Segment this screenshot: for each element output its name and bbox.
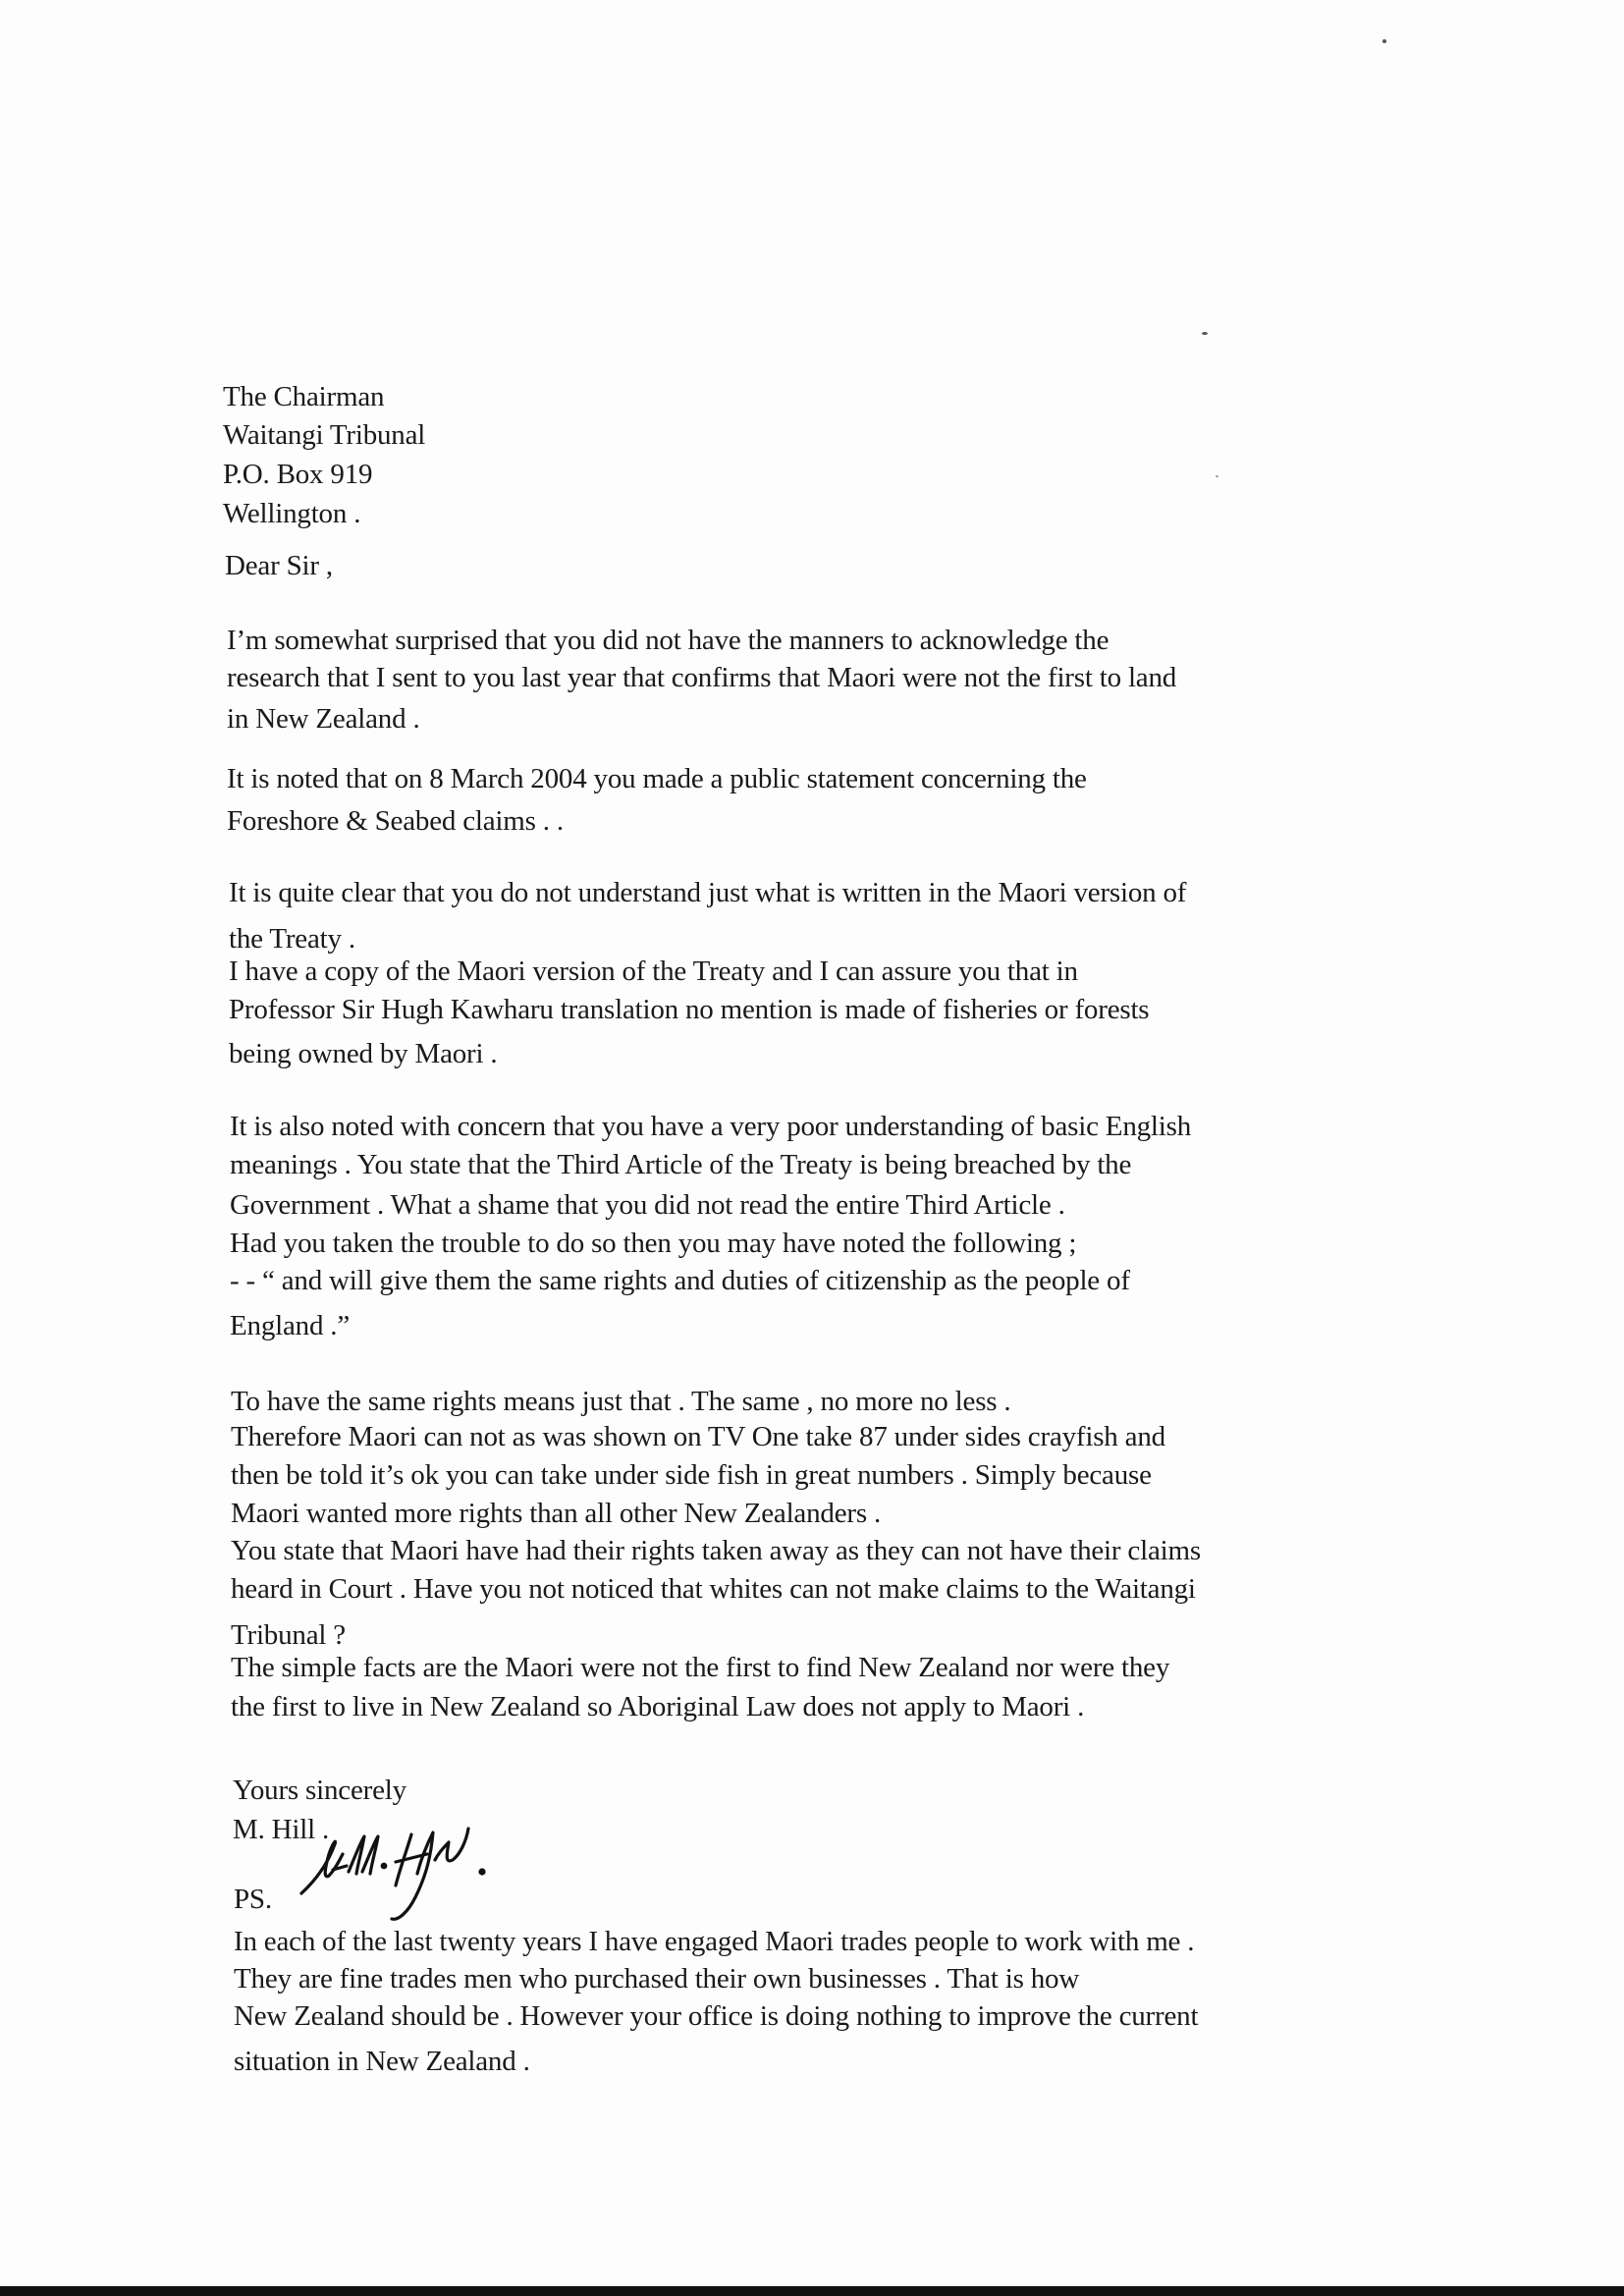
p4-line: It is also noted with concern that you h… [230, 1111, 1191, 1143]
p3-line: being owned by Maori . [229, 1038, 497, 1070]
p5-line: Tribunal ? [231, 1619, 346, 1652]
p4-line: Government . What a shame that you did n… [230, 1189, 1065, 1222]
address-line-1: The Chairman [223, 381, 384, 413]
postscript-line: situation in New Zealand . [234, 2046, 530, 2078]
p3-line: Professor Sir Hugh Kawharu translation n… [229, 994, 1149, 1026]
postscript-line: They are fine trades men who purchased t… [234, 1963, 1079, 1995]
p3-line: It is quite clear that you do not unders… [229, 877, 1186, 909]
p1-line: research that I sent to you last year th… [227, 662, 1176, 694]
p5-line: Therefore Maori can not as was shown on … [231, 1421, 1165, 1453]
p4-line: meanings . You state that the Third Arti… [230, 1149, 1131, 1181]
p1-line: I’m somewhat surprised that you did not … [227, 625, 1109, 657]
p5-line: heard in Court . Have you not noticed th… [231, 1573, 1196, 1606]
address-line-4: Wellington . [223, 498, 360, 530]
p5-line: To have the same rights means just that … [231, 1386, 1010, 1418]
scan-speck [1202, 332, 1208, 335]
letter-page: The Chairman Waitangi Tribunal P.O. Box … [0, 0, 1624, 2286]
p1-line: in New Zealand . [227, 703, 420, 736]
p2-line: It is noted that on 8 March 2004 you mad… [227, 763, 1087, 795]
p5-line: You state that Maori have had their righ… [231, 1535, 1201, 1567]
valediction: Yours sincerely [233, 1775, 406, 1807]
address-line-2: Waitangi Tribunal [223, 419, 425, 452]
ps-label: PS. [234, 1884, 272, 1916]
p5-line: The simple facts are the Maori were not … [231, 1652, 1169, 1684]
salutation: Dear Sir , [225, 550, 333, 582]
postscript-line: In each of the last twenty years I have … [234, 1926, 1194, 1958]
p5-line: the first to live in New Zealand so Abor… [231, 1691, 1084, 1723]
p4-line: - - “ and will give them the same rights… [230, 1265, 1130, 1297]
p3-line: I have a copy of the Maori version of th… [229, 956, 1078, 988]
p5-line: then be told it’s ok you can take under … [231, 1459, 1152, 1492]
scan-speck [1216, 475, 1218, 477]
p2-line: Foreshore & Seabed claims . . [227, 805, 564, 838]
scan-speck [1382, 39, 1386, 43]
signature-icon [290, 1815, 506, 1923]
p5-line: Maori wanted more rights than all other … [231, 1498, 881, 1530]
p4-line: England .” [230, 1310, 350, 1342]
p3-line: the Treaty . [229, 923, 355, 956]
address-line-3: P.O. Box 919 [223, 459, 372, 491]
p4-line: Had you taken the trouble to do so then … [230, 1228, 1076, 1260]
postscript-line: New Zealand should be . However your off… [234, 2000, 1198, 2033]
scanner-edge-band [0, 2286, 1624, 2296]
